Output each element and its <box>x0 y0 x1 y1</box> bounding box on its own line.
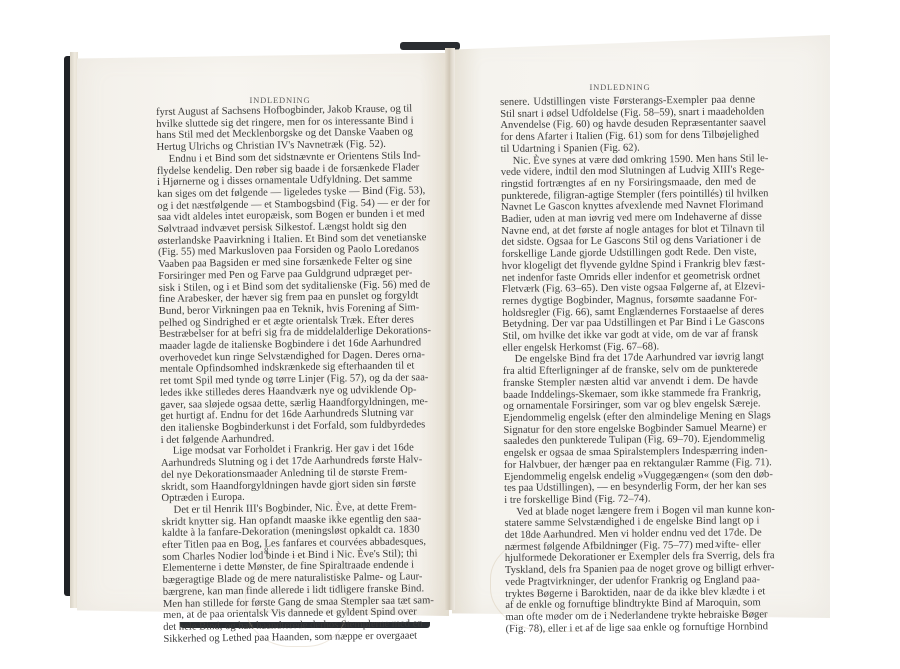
left-page-body-text: fyrst August af Sachsens Hofbogbinder, J… <box>156 104 408 646</box>
signature-mark: 2 <box>715 541 719 549</box>
right-page-body-text: senere. Udstillingen viste Førsterangs-E… <box>500 94 761 635</box>
page-stack-edge <box>70 52 78 608</box>
right-page-number: 9 <box>621 543 626 553</box>
open-book: INDLEDNING INDLEDNING fyrst August af Sa… <box>0 0 900 669</box>
text-line: Sikkerhed og Lethed paa Haanden, som næp… <box>163 630 408 645</box>
right-running-head: INDLEDNING <box>540 82 700 92</box>
book-gutter <box>445 48 455 610</box>
text-line: (Fig. 78), eller i et af de lige saa enk… <box>506 621 761 635</box>
left-page-number: 8 <box>264 546 269 556</box>
